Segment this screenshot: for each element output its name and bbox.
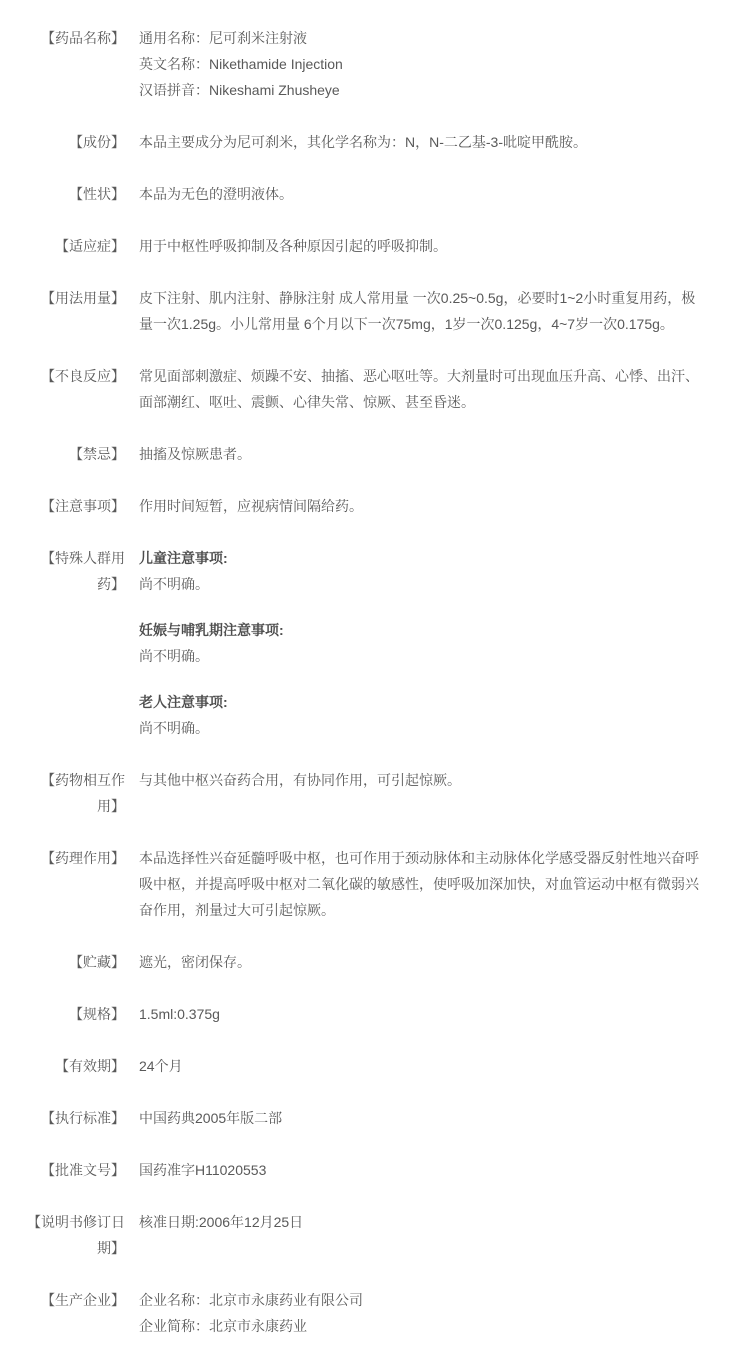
section-label: 【执行标准】: [27, 1105, 125, 1131]
section-row: 【用法用量】 皮下注射、肌内注射、静脉注射 成人常用量 一次0.25~0.5g，…: [0, 285, 749, 337]
section-content: 中国药典2005年版二部: [139, 1105, 699, 1131]
section-text: 抽搐及惊厥患者。: [139, 441, 699, 467]
section-text: 尚不明确。: [139, 571, 699, 597]
section-label: 【生产企业】: [27, 1287, 125, 1313]
section-text: 本品选择性兴奋延髓呼吸中枢，也可作用于颈动脉体和主动脉体化学感受器反射性地兴奋呼…: [139, 845, 699, 923]
section-label: 【贮藏】: [27, 949, 125, 975]
section-text: 英文名称：Nikethamide Injection: [139, 51, 699, 77]
section-label: 【不良反应】: [27, 363, 125, 389]
section-label: 【适应症】: [27, 233, 125, 259]
section-text: 企业名称：北京市永康药业有限公司: [139, 1287, 699, 1313]
section-label: 【成份】: [27, 129, 125, 155]
section-subheading: 妊娠与哺乳期注意事项:: [139, 617, 699, 643]
section-content: 作用时间短暂，应视病情间隔给药。: [139, 493, 699, 519]
section-text: 24个月: [139, 1053, 699, 1079]
section-text: 通用名称：尼可刹米注射液: [139, 25, 699, 51]
section-content: 国药准字H11020553: [139, 1157, 699, 1183]
section-label: 【有效期】: [27, 1053, 125, 1079]
section-row: 【药品名称】 通用名称：尼可刹米注射液英文名称：Nikethamide Inje…: [0, 25, 749, 103]
section-row: 【适应症】 用于中枢性呼吸抑制及各种原因引起的呼吸抑制。: [0, 233, 749, 259]
section-text: 国药准字H11020553: [139, 1157, 699, 1183]
section-label: 【规格】: [27, 1001, 125, 1027]
section-row: 【药物相互作用】 与其他中枢兴奋药合用，有协同作用，可引起惊厥。: [0, 767, 749, 819]
section-row: 【说明书修订日期】 核准日期:2006年12月25日: [0, 1209, 749, 1261]
section-content: 核准日期:2006年12月25日: [139, 1209, 699, 1235]
section-text: 遮光，密闭保存。: [139, 949, 699, 975]
section-content: 用于中枢性呼吸抑制及各种原因引起的呼吸抑制。: [139, 233, 699, 259]
section-content: 皮下注射、肌内注射、静脉注射 成人常用量 一次0.25~0.5g，必要时1~2小…: [139, 285, 699, 337]
section-content: 本品为无色的澄明液体。: [139, 181, 699, 207]
section-row: 【药理作用】 本品选择性兴奋延髓呼吸中枢，也可作用于颈动脉体和主动脉体化学感受器…: [0, 845, 749, 923]
section-row: 【有效期】 24个月: [0, 1053, 749, 1079]
section-content: 本品选择性兴奋延髓呼吸中枢，也可作用于颈动脉体和主动脉体化学感受器反射性地兴奋呼…: [139, 845, 699, 923]
section-content: 24个月: [139, 1053, 699, 1079]
section-row: 【注意事项】 作用时间短暂，应视病情间隔给药。: [0, 493, 749, 519]
section-text: 企业简称：北京市永康药业: [139, 1313, 699, 1339]
section-content: 本品主要成分为尼可刹米，其化学名称为：N，N-二乙基-3-吡啶甲酰胺。: [139, 129, 699, 155]
section-label: 【禁忌】: [27, 441, 125, 467]
section-label: 【说明书修订日期】: [27, 1209, 125, 1261]
drug-instruction-document: 【药品名称】 通用名称：尼可刹米注射液英文名称：Nikethamide Inje…: [0, 0, 749, 1359]
section-label: 【特殊人群用药】: [27, 545, 125, 597]
section-content: 常见面部刺激症、烦躁不安、抽搐、恶心呕吐等。大剂量时可出现血压升高、心悸、出汗、…: [139, 363, 699, 415]
section-content: 通用名称：尼可刹米注射液英文名称：Nikethamide Injection汉语…: [139, 25, 699, 103]
section-label: 【药品名称】: [27, 25, 125, 51]
section-content: 1.5ml:0.375g: [139, 1001, 699, 1027]
section-row: 【执行标准】 中国药典2005年版二部: [0, 1105, 749, 1131]
section-label: 【药理作用】: [27, 845, 125, 871]
section-text: 用于中枢性呼吸抑制及各种原因引起的呼吸抑制。: [139, 233, 699, 259]
section-list: 【药品名称】 通用名称：尼可刹米注射液英文名称：Nikethamide Inje…: [0, 25, 749, 1339]
section-text: 尚不明确。: [139, 643, 699, 669]
section-content: 儿童注意事项:尚不明确。妊娠与哺乳期注意事项:尚不明确。老人注意事项:尚不明确。: [139, 545, 699, 741]
section-subheading: 老人注意事项:: [139, 689, 699, 715]
section-text: 作用时间短暂，应视病情间隔给药。: [139, 493, 699, 519]
section-row: 【生产企业】 企业名称：北京市永康药业有限公司企业简称：北京市永康药业: [0, 1287, 749, 1339]
section-text: 本品主要成分为尼可刹米，其化学名称为：N，N-二乙基-3-吡啶甲酰胺。: [139, 129, 699, 155]
section-label: 【用法用量】: [27, 285, 125, 311]
section-text: 1.5ml:0.375g: [139, 1001, 699, 1027]
section-text: 尚不明确。: [139, 715, 699, 741]
section-label: 【注意事项】: [27, 493, 125, 519]
section-text: 常见面部刺激症、烦躁不安、抽搐、恶心呕吐等。大剂量时可出现血压升高、心悸、出汗、…: [139, 363, 699, 415]
section-row: 【性状】 本品为无色的澄明液体。: [0, 181, 749, 207]
section-content: 遮光，密闭保存。: [139, 949, 699, 975]
section-row: 【贮藏】 遮光，密闭保存。: [0, 949, 749, 975]
section-row: 【不良反应】 常见面部刺激症、烦躁不安、抽搐、恶心呕吐等。大剂量时可出现血压升高…: [0, 363, 749, 415]
section-row: 【成份】 本品主要成分为尼可刹米，其化学名称为：N，N-二乙基-3-吡啶甲酰胺。: [0, 129, 749, 155]
section-content: 企业名称：北京市永康药业有限公司企业简称：北京市永康药业: [139, 1287, 699, 1339]
section-text: 汉语拼音：Nikeshami Zhusheye: [139, 77, 699, 103]
section-text: 核准日期:2006年12月25日: [139, 1209, 699, 1235]
section-row: 【规格】 1.5ml:0.375g: [0, 1001, 749, 1027]
section-label: 【批准文号】: [27, 1157, 125, 1183]
section-text: 皮下注射、肌内注射、静脉注射 成人常用量 一次0.25~0.5g，必要时1~2小…: [139, 285, 699, 337]
section-row: 【批准文号】 国药准字H11020553: [0, 1157, 749, 1183]
section-row: 【特殊人群用药】 儿童注意事项:尚不明确。妊娠与哺乳期注意事项:尚不明确。老人注…: [0, 545, 749, 741]
section-content: 与其他中枢兴奋药合用，有协同作用，可引起惊厥。: [139, 767, 699, 793]
section-label: 【性状】: [27, 181, 125, 207]
section-subheading: 儿童注意事项:: [139, 545, 699, 571]
section-row: 【禁忌】 抽搐及惊厥患者。: [0, 441, 749, 467]
section-content: 抽搐及惊厥患者。: [139, 441, 699, 467]
section-text: 与其他中枢兴奋药合用，有协同作用，可引起惊厥。: [139, 767, 699, 793]
section-text: 本品为无色的澄明液体。: [139, 181, 699, 207]
section-label: 【药物相互作用】: [27, 767, 125, 819]
section-text: 中国药典2005年版二部: [139, 1105, 699, 1131]
